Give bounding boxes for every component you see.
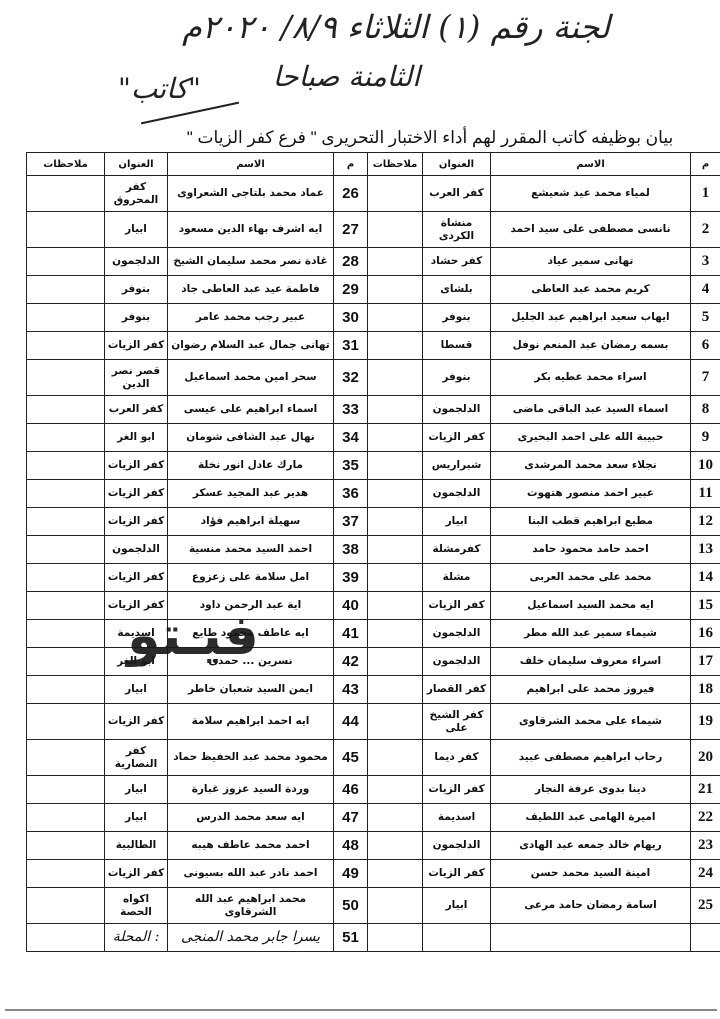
table-body: كفر المحروقعماد محمد بلتاجى الشعراوى26كف… bbox=[27, 176, 720, 952]
watermark-logo: فيـتو bbox=[118, 596, 268, 676]
right-notes-cell bbox=[368, 564, 423, 592]
left-notes-cell bbox=[27, 176, 105, 212]
table-header-row: ملاحظات العنوان الاسم م ملاحظات العنوان … bbox=[27, 153, 720, 176]
left-number-cell: 36 bbox=[334, 480, 368, 508]
left-number-cell: 37 bbox=[334, 508, 368, 536]
table-row: كفر الزياتاحمد نادر عبد الله بسيونى49كفر… bbox=[27, 860, 720, 888]
left-name-cell: ايه احمد ابراهيم سلامة bbox=[168, 704, 334, 740]
right-address-cell: شبراريس bbox=[423, 452, 491, 480]
left-notes-cell bbox=[27, 924, 105, 952]
left-address-cell: كفر الزيات bbox=[105, 860, 168, 888]
left-notes-cell bbox=[27, 620, 105, 648]
left-notes-cell bbox=[27, 564, 105, 592]
left-address-cell: اكواه الحصة bbox=[105, 888, 168, 924]
right-name-cell: احمد حامد محمود حامد bbox=[491, 536, 691, 564]
left-address-cell: كفر المحروق bbox=[105, 176, 168, 212]
left-number-cell: 49 bbox=[334, 860, 368, 888]
document-title: بيان بوظيفه كاتب المقرر لهم أداء الاختبا… bbox=[150, 128, 710, 148]
left-notes-cell bbox=[27, 832, 105, 860]
left-address-cell: الدلجمون bbox=[105, 248, 168, 276]
right-address-cell: الدلجمون bbox=[423, 480, 491, 508]
right-address-cell: كفر الزيات bbox=[423, 860, 491, 888]
left-address-cell: : المحلة bbox=[105, 924, 168, 952]
left-number-cell: 32 bbox=[334, 360, 368, 396]
right-name-cell: ايهاب سعيد ابراهيم عبد الجليل bbox=[491, 304, 691, 332]
left-name-cell: احمد محمد عاطف هيبه bbox=[168, 832, 334, 860]
right-notes-cell bbox=[368, 888, 423, 924]
header-number-left: م bbox=[334, 153, 368, 176]
right-name-cell: بسمه رمضان عبد المنعم نوفل bbox=[491, 332, 691, 360]
table-row: ابيارايه اشرف بهاء الدين مسعود27منشاة ال… bbox=[27, 212, 720, 248]
right-notes-cell bbox=[368, 676, 423, 704]
table-row: : المحلةيسرا جابر محمد المنجى51 bbox=[27, 924, 720, 952]
right-name-cell bbox=[491, 924, 691, 952]
header-notes-right: ملاحظات bbox=[368, 153, 423, 176]
left-number-cell: 48 bbox=[334, 832, 368, 860]
left-address-cell: كفر الزيات bbox=[105, 564, 168, 592]
left-notes-cell bbox=[27, 776, 105, 804]
handwritten-time-line: الثامنة صباحا bbox=[273, 60, 420, 93]
left-notes-cell bbox=[27, 592, 105, 620]
table-row: ابياروردة السيد عزوز غبارة46كفر الزياتدي… bbox=[27, 776, 720, 804]
table-row: كفر الزياتهدير عبد المجيد عسكر36الدلجمون… bbox=[27, 480, 720, 508]
left-notes-cell bbox=[27, 648, 105, 676]
right-address-cell: بلشاى bbox=[423, 276, 491, 304]
table-row: كفر الزياتايه احمد ابراهيم سلامة44كفر ال… bbox=[27, 704, 720, 740]
left-address-cell: كفر الزيات bbox=[105, 704, 168, 740]
right-number-cell: 15 bbox=[691, 592, 720, 620]
right-notes-cell bbox=[368, 620, 423, 648]
page-bottom-edge bbox=[5, 1009, 717, 1011]
candidates-table: ملاحظات العنوان الاسم م ملاحظات العنوان … bbox=[26, 152, 720, 952]
right-number-cell: 23 bbox=[691, 832, 720, 860]
right-notes-cell bbox=[368, 648, 423, 676]
right-address-cell: الدلجمون bbox=[423, 396, 491, 424]
right-number-cell bbox=[691, 924, 720, 952]
left-number-cell: 38 bbox=[334, 536, 368, 564]
left-number-cell: 27 bbox=[334, 212, 368, 248]
right-notes-cell bbox=[368, 740, 423, 776]
left-name-cell: احمد نادر عبد الله بسيونى bbox=[168, 860, 334, 888]
left-name-cell: نهال عبد الشافى شومان bbox=[168, 424, 334, 452]
right-address-cell: الدلجمون bbox=[423, 832, 491, 860]
right-notes-cell bbox=[368, 248, 423, 276]
right-address-cell: بنوفر bbox=[423, 360, 491, 396]
table-row: كفر الزياتسهيلة ابراهيم فؤاد37ابيارمطيع … bbox=[27, 508, 720, 536]
right-number-cell: 19 bbox=[691, 704, 720, 740]
right-name-cell: حبيبة الله على احمد البحيرى bbox=[491, 424, 691, 452]
right-notes-cell bbox=[368, 212, 423, 248]
table-row: ابو الغرنهال عبد الشافى شومان34كفر الزيا… bbox=[27, 424, 720, 452]
left-name-cell: سهيلة ابراهيم فؤاد bbox=[168, 508, 334, 536]
right-name-cell: رحاب ابراهيم مصطفى عبيد bbox=[491, 740, 691, 776]
right-number-cell: 2 bbox=[691, 212, 720, 248]
left-address-cell: ابو الغر bbox=[105, 424, 168, 452]
right-notes-cell bbox=[368, 304, 423, 332]
watermark-text: فيـتو bbox=[127, 604, 259, 667]
left-address-cell: بنوفر bbox=[105, 276, 168, 304]
right-notes-cell bbox=[368, 480, 423, 508]
right-number-cell: 1 bbox=[691, 176, 720, 212]
right-name-cell: اسراء محمد عطيه بكر bbox=[491, 360, 691, 396]
left-name-cell: فاطمة عيد عبد العاطى جاد bbox=[168, 276, 334, 304]
left-address-cell: كفر الزيات bbox=[105, 452, 168, 480]
left-number-cell: 34 bbox=[334, 424, 368, 452]
right-number-cell: 11 bbox=[691, 480, 720, 508]
left-name-cell: ايه اشرف بهاء الدين مسعود bbox=[168, 212, 334, 248]
right-notes-cell bbox=[368, 452, 423, 480]
right-notes-cell bbox=[368, 276, 423, 304]
left-name-cell: محمود محمد عبد الحفيظ حماد bbox=[168, 740, 334, 776]
right-name-cell: كريم محمد عبد العاطى bbox=[491, 276, 691, 304]
left-notes-cell bbox=[27, 360, 105, 396]
left-address-cell: ابيار bbox=[105, 676, 168, 704]
right-name-cell: ريهام خالد جمعه عبد الهادى bbox=[491, 832, 691, 860]
right-name-cell: اسراء معروف سليمان خلف bbox=[491, 648, 691, 676]
right-notes-cell bbox=[368, 360, 423, 396]
right-address-cell: كفرمشلة bbox=[423, 536, 491, 564]
left-name-cell: وردة السيد عزوز غبارة bbox=[168, 776, 334, 804]
left-name-cell: عبير رجب محمد عامر bbox=[168, 304, 334, 332]
table-row: ابيارايمن السيد شعبان خاطر43كفر القصارفي… bbox=[27, 676, 720, 704]
left-number-cell: 33 bbox=[334, 396, 368, 424]
left-notes-cell bbox=[27, 248, 105, 276]
table-row: كفر النصاريةمحمود محمد عبد الحفيظ حماد45… bbox=[27, 740, 720, 776]
left-name-cell: اسماء ابراهيم على عيسى bbox=[168, 396, 334, 424]
header-name-left: الاسم bbox=[168, 153, 334, 176]
left-address-cell: بنوفر bbox=[105, 304, 168, 332]
header-number-right: م bbox=[691, 153, 720, 176]
right-notes-cell bbox=[368, 536, 423, 564]
right-number-cell: 22 bbox=[691, 804, 720, 832]
right-address-cell: كفر الشيخ على bbox=[423, 704, 491, 740]
right-notes-cell bbox=[368, 396, 423, 424]
table-row: كفر الزياتامل سلامة على زعزوع39مشلةمحمد … bbox=[27, 564, 720, 592]
right-address-cell: الدلجمون bbox=[423, 648, 491, 676]
right-name-cell: امينة السيد محمد حسن bbox=[491, 860, 691, 888]
left-address-cell: كفر الزيات bbox=[105, 508, 168, 536]
header-address-right: العنوان bbox=[423, 153, 491, 176]
left-name-cell: امل سلامة على زعزوع bbox=[168, 564, 334, 592]
left-number-cell: 43 bbox=[334, 676, 368, 704]
right-address-cell: الدلجمون bbox=[423, 620, 491, 648]
right-notes-cell bbox=[368, 860, 423, 888]
right-number-cell: 3 bbox=[691, 248, 720, 276]
right-name-cell: نانسى مصطفى على سيد احمد bbox=[491, 212, 691, 248]
right-number-cell: 5 bbox=[691, 304, 720, 332]
left-name-cell: غادة نصر محمد سليمان الشيخ bbox=[168, 248, 334, 276]
left-notes-cell bbox=[27, 536, 105, 564]
right-notes-cell bbox=[368, 704, 423, 740]
left-name-cell: ايمن السيد شعبان خاطر bbox=[168, 676, 334, 704]
left-number-cell: 35 bbox=[334, 452, 368, 480]
left-notes-cell bbox=[27, 276, 105, 304]
right-number-cell: 14 bbox=[691, 564, 720, 592]
right-number-cell: 25 bbox=[691, 888, 720, 924]
right-name-cell: تهانى سمير عياد bbox=[491, 248, 691, 276]
left-number-cell: 42 bbox=[334, 648, 368, 676]
right-name-cell: لمياء محمد عيد شعيشع bbox=[491, 176, 691, 212]
left-address-cell: الطالبية bbox=[105, 832, 168, 860]
left-name-cell: سحر امين محمد اسماعيل bbox=[168, 360, 334, 396]
left-address-cell: كفر العرب bbox=[105, 396, 168, 424]
left-number-cell: 29 bbox=[334, 276, 368, 304]
table-row: كفر الزياتمارك عادل انور نخلة35شبراريسنج… bbox=[27, 452, 720, 480]
left-number-cell: 28 bbox=[334, 248, 368, 276]
left-number-cell: 26 bbox=[334, 176, 368, 212]
right-notes-cell bbox=[368, 592, 423, 620]
left-notes-cell bbox=[27, 860, 105, 888]
table-row: الدلجموناحمد السيد محمد منسية38كفرمشلةاح… bbox=[27, 536, 720, 564]
left-number-cell: 45 bbox=[334, 740, 368, 776]
right-address-cell: منشاة الكردى bbox=[423, 212, 491, 248]
table-row: كفر المحروقعماد محمد بلتاجى الشعراوى26كف… bbox=[27, 176, 720, 212]
left-notes-cell bbox=[27, 676, 105, 704]
left-name-cell: ايه سعد محمد الدرس bbox=[168, 804, 334, 832]
right-number-cell: 6 bbox=[691, 332, 720, 360]
right-name-cell: محمد على محمد العربى bbox=[491, 564, 691, 592]
left-notes-cell bbox=[27, 212, 105, 248]
right-number-cell: 4 bbox=[691, 276, 720, 304]
right-address-cell: كفر حشاد bbox=[423, 248, 491, 276]
right-number-cell: 13 bbox=[691, 536, 720, 564]
right-address-cell: كفر الزيات bbox=[423, 776, 491, 804]
left-number-cell: 44 bbox=[334, 704, 368, 740]
header-address-left: العنوان bbox=[105, 153, 168, 176]
left-notes-cell bbox=[27, 452, 105, 480]
left-number-cell: 50 bbox=[334, 888, 368, 924]
left-number-cell: 47 bbox=[334, 804, 368, 832]
header-notes-left: ملاحظات bbox=[27, 153, 105, 176]
right-address-cell bbox=[423, 924, 491, 952]
table-row: كفر العرباسماء ابراهيم على عيسى33الدلجمو… bbox=[27, 396, 720, 424]
right-name-cell: عبير احمد منصور هتهوت bbox=[491, 480, 691, 508]
right-address-cell: كفر الزيات bbox=[423, 592, 491, 620]
right-notes-cell bbox=[368, 804, 423, 832]
right-address-cell: كفر القصار bbox=[423, 676, 491, 704]
left-name-cell: عماد محمد بلتاجى الشعراوى bbox=[168, 176, 334, 212]
right-name-cell: شيماء سمير عبد الله مطر bbox=[491, 620, 691, 648]
right-address-cell: ابيار bbox=[423, 508, 491, 536]
table-row: اكواه الحصةمحمد ابراهيم عبد الله الشرقاو… bbox=[27, 888, 720, 924]
left-address-cell: كفر الزيات bbox=[105, 332, 168, 360]
right-name-cell: اسامة رمضان حامد مرعى bbox=[491, 888, 691, 924]
table-row: الدلجمونغادة نصر محمد سليمان الشيخ28كفر … bbox=[27, 248, 720, 276]
right-name-cell: اميرة الهامى عبد اللطيف bbox=[491, 804, 691, 832]
left-number-cell: 46 bbox=[334, 776, 368, 804]
left-notes-cell bbox=[27, 804, 105, 832]
left-name-cell: يسرا جابر محمد المنجى bbox=[168, 924, 334, 952]
left-name-cell: محمد ابراهيم عبد الله الشرقاوى bbox=[168, 888, 334, 924]
right-notes-cell bbox=[368, 776, 423, 804]
left-notes-cell bbox=[27, 480, 105, 508]
right-number-cell: 20 bbox=[691, 740, 720, 776]
table-row: كفر الزياتتهانى جمال عبد السلام رضوان31ق… bbox=[27, 332, 720, 360]
right-number-cell: 17 bbox=[691, 648, 720, 676]
left-address-cell: قصر نصر الدين bbox=[105, 360, 168, 396]
right-name-cell: اسماء السيد عبد الباقى ماضى bbox=[491, 396, 691, 424]
left-name-cell: هدير عبد المجيد عسكر bbox=[168, 480, 334, 508]
table-row: الطالبيةاحمد محمد عاطف هيبه48الدلجمونريه… bbox=[27, 832, 720, 860]
right-address-cell: قسطا bbox=[423, 332, 491, 360]
left-notes-cell bbox=[27, 332, 105, 360]
right-name-cell: مطيع ابراهيم قطب البنا bbox=[491, 508, 691, 536]
right-name-cell: ايه محمد السيد اسماعيل bbox=[491, 592, 691, 620]
right-number-cell: 12 bbox=[691, 508, 720, 536]
right-number-cell: 21 bbox=[691, 776, 720, 804]
right-address-cell: مشلة bbox=[423, 564, 491, 592]
right-number-cell: 7 bbox=[691, 360, 720, 396]
left-address-cell: ابيار bbox=[105, 804, 168, 832]
handwritten-job-label: "كاتب" bbox=[118, 72, 201, 105]
left-notes-cell bbox=[27, 888, 105, 924]
right-number-cell: 10 bbox=[691, 452, 720, 480]
left-number-cell: 41 bbox=[334, 620, 368, 648]
right-address-cell: كفر ديما bbox=[423, 740, 491, 776]
header-name-right: الاسم bbox=[491, 153, 691, 176]
left-notes-cell bbox=[27, 508, 105, 536]
table-row: ابيارايه سعد محمد الدرس47اسديمةاميرة اله… bbox=[27, 804, 720, 832]
left-address-cell: ابيار bbox=[105, 212, 168, 248]
right-notes-cell bbox=[368, 332, 423, 360]
right-number-cell: 16 bbox=[691, 620, 720, 648]
handwritten-underline bbox=[141, 102, 239, 125]
left-notes-cell bbox=[27, 396, 105, 424]
left-number-cell: 39 bbox=[334, 564, 368, 592]
left-notes-cell bbox=[27, 704, 105, 740]
left-name-cell: تهانى جمال عبد السلام رضوان bbox=[168, 332, 334, 360]
right-notes-cell bbox=[368, 508, 423, 536]
right-notes-cell bbox=[368, 424, 423, 452]
right-address-cell: كفر العرب bbox=[423, 176, 491, 212]
right-address-cell: بنوفر bbox=[423, 304, 491, 332]
table-row: بنوفرعبير رجب محمد عامر30بنوفرايهاب سعيد… bbox=[27, 304, 720, 332]
left-number-cell: 51 bbox=[334, 924, 368, 952]
left-address-cell: كفر الزيات bbox=[105, 480, 168, 508]
left-name-cell: احمد السيد محمد منسية bbox=[168, 536, 334, 564]
left-name-cell: مارك عادل انور نخلة bbox=[168, 452, 334, 480]
right-notes-cell bbox=[368, 832, 423, 860]
table-row: بنوفرفاطمة عيد عبد العاطى جاد29بلشاىكريم… bbox=[27, 276, 720, 304]
left-number-cell: 31 bbox=[334, 332, 368, 360]
right-notes-cell bbox=[368, 176, 423, 212]
left-address-cell: كفر النصارية bbox=[105, 740, 168, 776]
left-address-cell: ابيار bbox=[105, 776, 168, 804]
right-address-cell: كفر الزيات bbox=[423, 424, 491, 452]
handwritten-committee-line: لجنة رقم (١) الثلاثاء ٨/٩/ ٢٠٢٠م bbox=[182, 8, 610, 46]
left-notes-cell bbox=[27, 424, 105, 452]
left-notes-cell bbox=[27, 740, 105, 776]
right-address-cell: ابيار bbox=[423, 888, 491, 924]
left-notes-cell bbox=[27, 304, 105, 332]
left-number-cell: 30 bbox=[334, 304, 368, 332]
right-name-cell: شيماء على محمد الشرقاوى bbox=[491, 704, 691, 740]
right-name-cell: نجلاء سعد محمد المرشدى bbox=[491, 452, 691, 480]
table-row: قصر نصر الدينسحر امين محمد اسماعيل32بنوف… bbox=[27, 360, 720, 396]
right-name-cell: فيروز محمد على ابراهيم bbox=[491, 676, 691, 704]
left-number-cell: 40 bbox=[334, 592, 368, 620]
right-address-cell: اسديمة bbox=[423, 804, 491, 832]
right-number-cell: 18 bbox=[691, 676, 720, 704]
right-notes-cell bbox=[368, 924, 423, 952]
left-address-cell: الدلجمون bbox=[105, 536, 168, 564]
right-number-cell: 9 bbox=[691, 424, 720, 452]
right-name-cell: دينا بدوى عرفة النجار bbox=[491, 776, 691, 804]
right-number-cell: 24 bbox=[691, 860, 720, 888]
right-number-cell: 8 bbox=[691, 396, 720, 424]
